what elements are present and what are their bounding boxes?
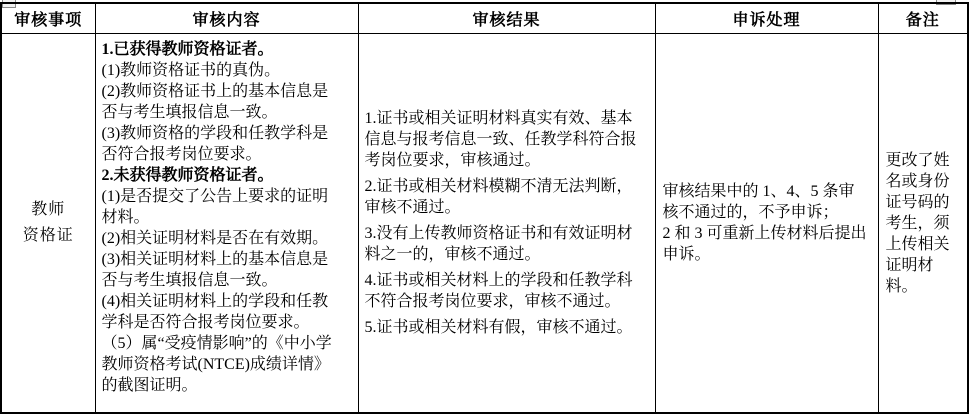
cell-review-content: 1.已获得教师资格证者。 (1)教师资格证书的真伪。 (2)教师资格证书上的基本… bbox=[95, 34, 358, 414]
header-review-item: 审核事项 bbox=[1, 3, 95, 34]
content-paragraph: 1.已获得教师资格证者。 bbox=[102, 39, 338, 60]
appeal-paragraph: 2 和 3 可重新上传材料后提出申诉。 bbox=[663, 223, 870, 265]
item-line: 资格证 bbox=[3, 223, 94, 249]
result-paragraph: 3.没有上传教师资格证书和有效证明材料之一的，审核不通过。 bbox=[365, 223, 643, 265]
result-paragraph: 4.证书或相关材料上的学段和任教学科不符合报考岗位要求，审核不通过。 bbox=[365, 270, 643, 312]
review-rules-table: 审核事项 审核内容 审核结果 申诉处理 备注 教师 资格证 1.已获得教师资格证… bbox=[0, 2, 969, 414]
table-row: 教师 资格证 1.已获得教师资格证者。 (1)教师资格证书的真伪。 (2)教师资… bbox=[1, 34, 968, 414]
header-review-content: 审核内容 bbox=[95, 3, 358, 34]
cell-remarks: 更改了姓名或身份证号码的考生，须上传相关证明材料。 bbox=[878, 34, 968, 414]
content-paragraph: (2)教师资格证书上的基本信息是否与考生填报信息一致。 bbox=[102, 81, 338, 123]
cell-appeal-handling: 审核结果中的 1、4、5 条审核不通过的，不予申诉； 2 和 3 可重新上传材料… bbox=[655, 34, 878, 414]
header-row: 审核事项 审核内容 审核结果 申诉处理 备注 bbox=[1, 3, 968, 34]
header-appeal-handling: 申诉处理 bbox=[655, 3, 878, 34]
content-paragraph: (2)相关证明材料是否在有效期。 bbox=[102, 228, 338, 249]
content-paragraph: (1)教师资格证书的真伪。 bbox=[102, 60, 338, 81]
content-paragraph: (1)是否提交了公告上要求的证明材料。 bbox=[102, 186, 338, 228]
appeal-paragraph: 审核结果中的 1、4、5 条审核不通过的，不予申诉； bbox=[663, 181, 870, 223]
content-paragraph: （5）属“受疫情影响”的《中小学教师资格考试(NTCE)成绩详情》的截图证明。 bbox=[102, 333, 338, 396]
note-text: 更改了姓名或身份证号码的考生，须上传相关证明材料。 bbox=[886, 150, 956, 297]
cell-review-result: 1.证书或相关证明材料真实有效、基本信息与报考信息一致、任教学科符合报考岗位要求… bbox=[358, 34, 655, 414]
content-paragraph: (4)相关证明材料上的学段和任教学科是否符合报考岗位要求。 bbox=[102, 291, 338, 333]
result-paragraph: 5.证书或相关材料有假，审核不通过。 bbox=[365, 317, 643, 338]
header-review-result: 审核结果 bbox=[358, 3, 655, 34]
cell-review-item: 教师 资格证 bbox=[1, 34, 95, 414]
content-paragraph: (3)相关证明材料上的基本信息是否与考生填报信息一致。 bbox=[102, 249, 338, 291]
content-paragraph: (3)教师资格的学段和任教学科是否符合报考岗位要求。 bbox=[102, 123, 338, 165]
result-paragraph: 1.证书或相关证明材料真实有效、基本信息与报考信息一致、任教学科符合报考岗位要求… bbox=[365, 108, 643, 171]
content-paragraph: 2.未获得教师资格证者。 bbox=[102, 165, 338, 186]
result-paragraph: 2.证书或相关材料模糊不清无法判断，审核不通过。 bbox=[365, 176, 643, 218]
header-remarks: 备注 bbox=[878, 3, 968, 34]
item-line: 教师 bbox=[3, 197, 94, 223]
